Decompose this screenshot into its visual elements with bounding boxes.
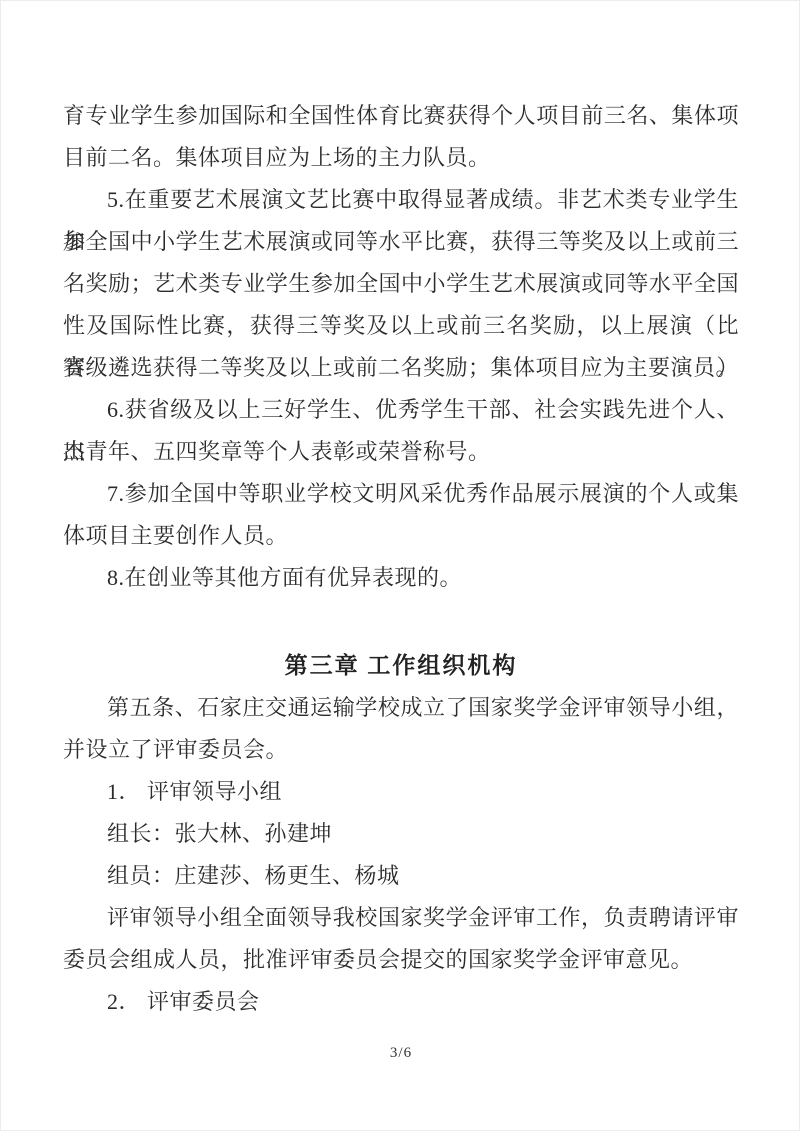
paragraph-line: 育专业学生参加国际和全国性体育比赛获得个人项目前三名、集体项 (63, 95, 739, 137)
chapter-heading: 第三章 工作组织机构 (63, 645, 739, 687)
paragraph-line: 省级遴选获得二等奖及以上或前二名奖励；集体项目应为主要演员。 (63, 347, 739, 389)
paragraph-line: 性及国际性比赛，获得三等奖及以上或前三名奖励，以上展演（比赛） (63, 305, 739, 347)
paragraph-line: 并设立了评审委员会。 (63, 729, 739, 771)
document-page: 育专业学生参加国际和全国性体育比赛获得个人项目前三名、集体项 目前二名。集体项目… (0, 0, 800, 1131)
paragraph-line: 出青年、五四奖章等个人表彰或荣誉称号。 (63, 431, 739, 473)
list-item-line: 2． 评审委员会 (63, 981, 739, 1023)
paragraph-line: 5.在重要艺术展演文艺比赛中取得显著成绩。非艺术类专业学生参 (63, 179, 739, 221)
page-number: 3/6 (1, 1045, 800, 1062)
paragraph-line: 目前二名。集体项目应为上场的主力队员。 (63, 137, 739, 179)
list-item-line: 1． 评审领导小组 (63, 771, 739, 813)
list-item-line: 组员：庄建莎、杨更生、杨城 (63, 855, 739, 897)
paragraph-line: 加全国中小学生艺术展演或同等水平比赛，获得三等奖及以上或前三 (63, 221, 739, 263)
list-item-line: 组长：张大林、孙建坤 (63, 813, 739, 855)
paragraph-line: 7.参加全国中等职业学校文明风采优秀作品展示展演的个人或集 (63, 473, 739, 515)
document-body: 育专业学生参加国际和全国性体育比赛获得个人项目前三名、集体项 目前二名。集体项目… (63, 95, 739, 1023)
paragraph-line: 评审领导小组全面领导我校国家奖学金评审工作，负责聘请评审 (63, 897, 739, 939)
paragraph-line: 委员会组成人员，批准评审委员会提交的国家奖学金评审意见。 (63, 939, 739, 981)
paragraph-line: 第五条、石家庄交通运输学校成立了国家奖学金评审领导小组， (63, 687, 739, 729)
paragraph-line: 名奖励；艺术类专业学生参加全国中小学生艺术展演或同等水平全国 (63, 263, 739, 305)
paragraph-line: 8.在创业等其他方面有优异表现的。 (63, 557, 739, 599)
paragraph-line: 体项目主要创作人员。 (63, 515, 739, 557)
paragraph-line: 6.获省级及以上三好学生、优秀学生干部、社会实践先进个人、杰 (63, 389, 739, 431)
